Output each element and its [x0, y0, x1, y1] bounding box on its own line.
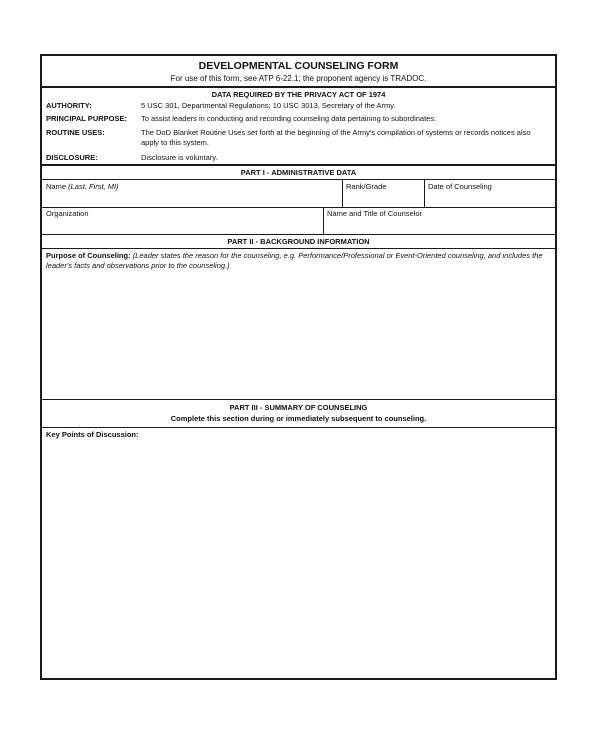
- divider: [342, 179, 343, 207]
- part3-instruction: Complete this section during or immediat…: [42, 414, 555, 423]
- counseling-form: DEVELOPMENTAL COUNSELING FORM For use of…: [40, 54, 557, 680]
- organization-label: Organization: [46, 209, 89, 218]
- principal-purpose-value: To assist leaders in conducting and reco…: [141, 114, 541, 124]
- routine-uses-value: The DoD Blanket Routine Uses set forth a…: [141, 128, 541, 148]
- name-label: Name: [46, 182, 66, 191]
- divider: [424, 179, 425, 207]
- part3-heading: PART III - SUMMARY OF COUNSELING: [42, 403, 555, 412]
- divider: [42, 234, 555, 235]
- authority-value: 5 USC 301, Departmental Regulations; 10 …: [141, 101, 541, 111]
- divider: [42, 207, 555, 208]
- divider: [42, 427, 555, 428]
- form-title: DEVELOPMENTAL COUNSELING FORM: [42, 60, 555, 72]
- routine-uses-label: ROUTINE USES:: [46, 128, 105, 137]
- rank-grade-field[interactable]: Rank/Grade: [346, 182, 386, 191]
- authority-label: AUTHORITY:: [46, 101, 92, 110]
- disclosure-label: DISCLOSURE:: [46, 153, 98, 162]
- divider: [42, 164, 555, 166]
- name-field[interactable]: Name (Last, First, MI): [46, 182, 119, 191]
- divider: [42, 86, 555, 88]
- purpose-of-counseling-field[interactable]: Purpose of Counseling: (Leader states th…: [46, 251, 552, 397]
- form-subtitle: For use of this form, see ATP 6-22.1; th…: [42, 74, 555, 83]
- principal-purpose-label: PRINCIPAL PURPOSE:: [46, 114, 127, 123]
- date-of-counseling-field[interactable]: Date of Counseling: [428, 182, 492, 191]
- privacy-act-heading: DATA REQUIRED BY THE PRIVACY ACT OF 1974: [42, 90, 555, 99]
- divider: [42, 399, 555, 400]
- counselor-field[interactable]: Name and Title of Counselor: [327, 209, 422, 218]
- key-points-field[interactable]: Key Points of Discussion:: [46, 430, 552, 674]
- purpose-label: Purpose of Counseling:: [46, 251, 131, 260]
- part2-heading: PART II - BACKGROUND INFORMATION: [42, 237, 555, 246]
- key-points-label: Key Points of Discussion:: [46, 430, 139, 439]
- disclosure-value: Disclosure is voluntary.: [141, 153, 541, 163]
- name-hint: (Last, First, MI): [68, 182, 118, 191]
- divider: [42, 248, 555, 249]
- counselor-label: Name and Title of Counselor: [327, 209, 422, 218]
- rank-grade-label: Rank/Grade: [346, 182, 386, 191]
- part1-heading: PART I - ADMINISTRATIVE DATA: [42, 168, 555, 177]
- organization-field[interactable]: Organization: [46, 209, 89, 218]
- bottom-rule: [40, 678, 557, 680]
- date-of-counseling-label: Date of Counseling: [428, 182, 492, 191]
- divider: [42, 179, 555, 180]
- divider: [323, 207, 324, 234]
